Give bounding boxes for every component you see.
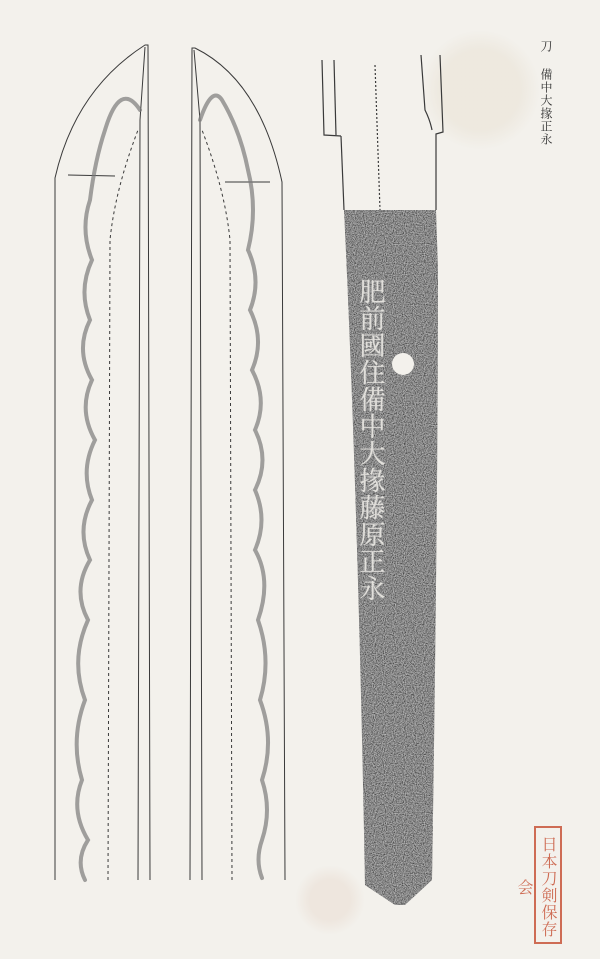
blade-drawings xyxy=(0,0,600,959)
red-seal-stamp: 日本刀剣保存会 xyxy=(534,826,562,944)
smith-name-label: 備中大掾正永 xyxy=(538,68,555,146)
left-blade-hamon xyxy=(77,99,140,880)
right-blade-outline xyxy=(190,48,285,880)
right-blade-hamon xyxy=(200,96,268,879)
tang-outline xyxy=(322,55,443,210)
oshigata-page: 刀 備中大掾正永 肥前國住備中大掾藤原正永 日本刀剣保存会 xyxy=(0,0,600,959)
mekugi-ana xyxy=(392,353,414,375)
left-blade-outline xyxy=(55,45,150,880)
sword-type-label: 刀 xyxy=(538,40,555,53)
tang-inscription: 肥前國住備中大掾藤原正永 xyxy=(355,278,385,602)
